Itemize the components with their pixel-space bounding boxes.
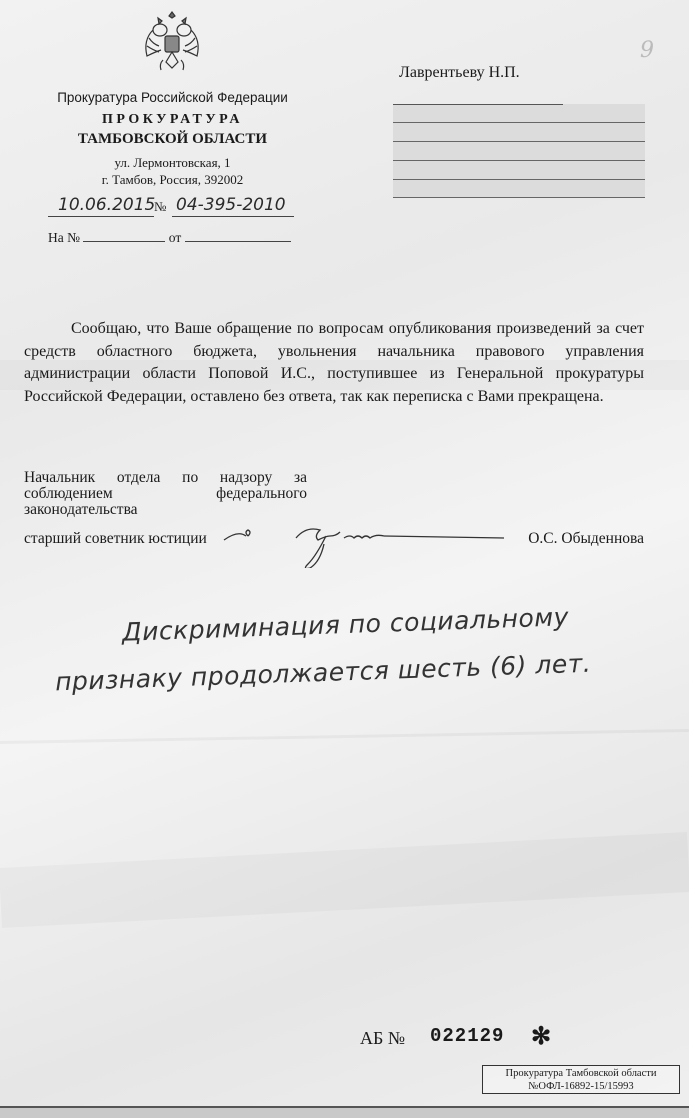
page-number: 9 (640, 38, 654, 63)
outgoing-number: 04-395-2010 (176, 195, 286, 215)
outgoing-date: 10.06.2015 (58, 195, 155, 215)
recipient-name: Лаврентьеву Н.П. (399, 64, 520, 82)
address-line (393, 197, 645, 198)
signatory-name: О.С. Обыденнова (528, 530, 644, 548)
address-line (393, 179, 645, 180)
asterisk-icon: ✻ (531, 1022, 551, 1051)
registration-stamp: Прокуратура Тамбовской области №ОФЛ-1689… (482, 1065, 680, 1094)
org-address-street: ул. Лермонтовская, 1 (45, 155, 300, 171)
paper-fold (0, 729, 689, 744)
address-line (393, 141, 645, 142)
paper-shade (0, 832, 689, 928)
handwritten-note-line1: Дискриминация по социальному (122, 602, 570, 647)
reference-date-label: от (169, 230, 181, 245)
signatory-rank: старший советник юстиции (24, 530, 207, 547)
handwritten-note-line2: признаку продолжается шесть (6) лет. (55, 649, 592, 697)
reference-date-blank (185, 229, 291, 242)
paper-bottom-edge (0, 1106, 689, 1118)
series-label: АБ № (360, 1028, 405, 1049)
reference-number-label: На № (48, 230, 80, 245)
double-headed-eagle-emblem-icon (141, 8, 203, 74)
date-underline (48, 216, 154, 217)
reference-number-blank (83, 229, 165, 242)
org-name-line1: ПРОКУРАТУРА (45, 112, 300, 128)
number-sign: № (154, 199, 166, 215)
stamp-reg-number: №ОФЛ-16892-15/15993 (483, 1080, 679, 1093)
address-line (393, 104, 563, 105)
address-line (393, 122, 645, 123)
reference-row: На № от (48, 229, 291, 246)
letter-body: Сообщаю, что Ваше обращение по вопросам … (24, 318, 644, 408)
org-superior-name: Прокуратура Российской Федерации (45, 90, 300, 105)
org-name-line2: ТАМБОВСКОЙ ОБЛАСТИ (45, 131, 300, 148)
handwritten-signature-icon (222, 518, 522, 568)
series-number: 022129 (430, 1025, 504, 1047)
stamp-org: Прокуратура Тамбовской области (483, 1067, 679, 1080)
number-underline (172, 216, 294, 217)
outgoing-date-number-row: 10.06.2015 № 04-395-2010 (48, 193, 294, 219)
org-address-city: г. Тамбов, Россия, 392002 (45, 172, 300, 188)
signatory-position: Начальник отдела по надзору за соблюдени… (24, 470, 307, 518)
address-line (393, 160, 645, 161)
redacted-address-block (393, 104, 645, 198)
